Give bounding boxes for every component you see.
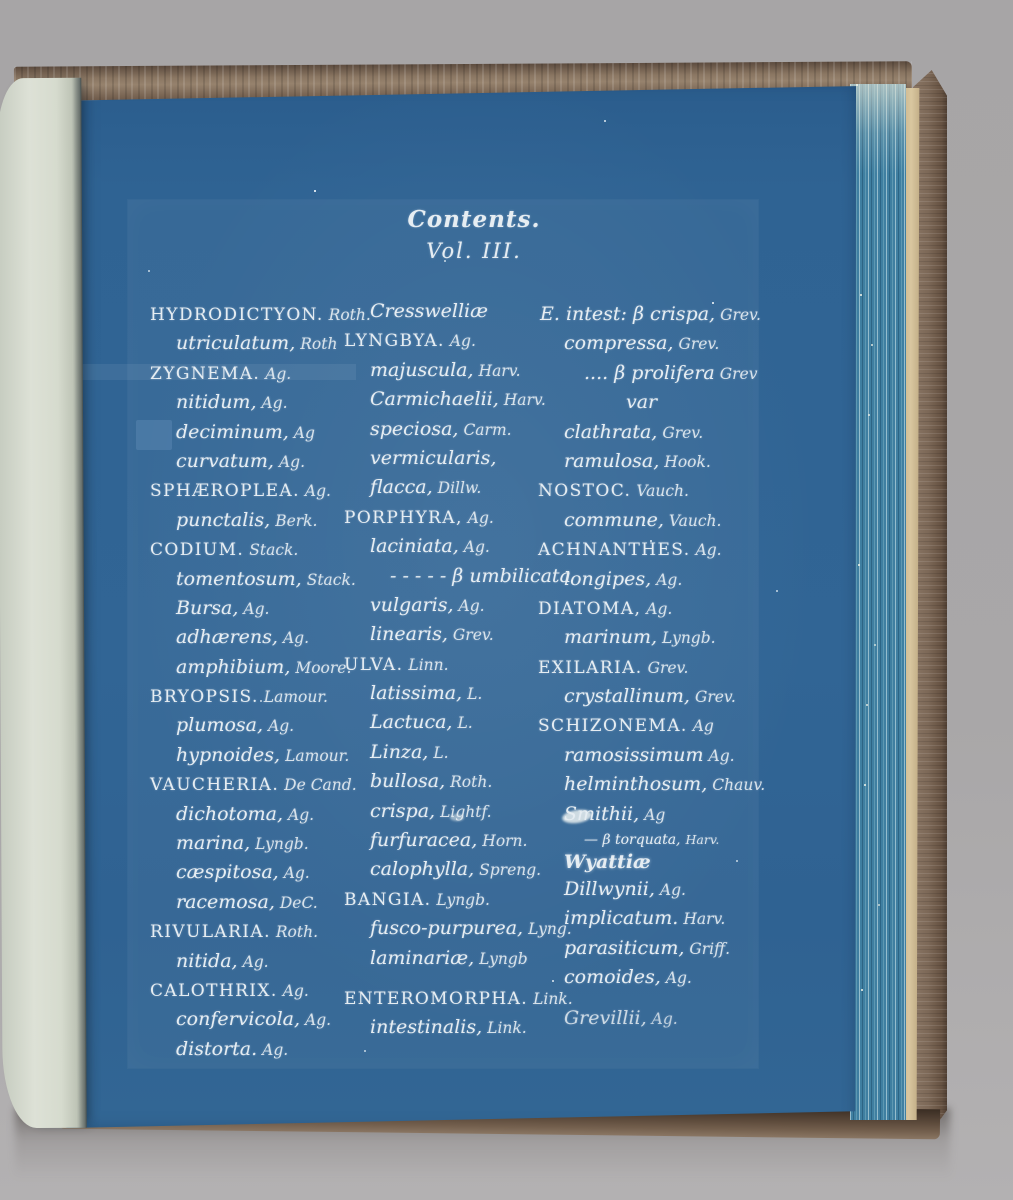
entry-name: implicatum. [564,907,678,929]
contents-entry: Bursa,Ag. [150,594,370,623]
contents-entry: ZYGNEMA.Ag. [150,359,370,388]
contents-entry: cæspitosa,Ag. [150,858,370,887]
contents-entry: confervicola,Ag. [150,1005,370,1034]
entry-name: var [626,391,657,413]
entry-name: BRYOPSIS. [150,687,259,707]
entry-authority: Lyngb. [436,891,490,909]
page-edge-stripes [850,84,906,1120]
entry-name: clathrata, [564,421,657,443]
entry-name: vulgaris, [370,594,454,616]
entry-name: E. intest: β crispa, [540,303,715,325]
contents-entry: nitidum,Ag. [150,388,370,417]
entry-name: CODIUM. [150,540,244,560]
contents-entry: implicatum.Harv. [538,904,806,933]
entry-authority: Lyngb. [255,835,309,853]
entry-name: crispa, [370,800,435,822]
contents-entry: helminthosum,Chauv. [538,770,806,799]
entry-name: tomentosum, [176,568,302,590]
entry-name: utriculatum, [176,332,295,354]
entry-name: curvatum, [176,450,274,472]
entry-name: vermicularis, [370,447,496,469]
entry-authority: L. [433,744,448,762]
entry-name: plumosa, [176,714,263,736]
contents-entry: Wyattiæ [538,852,806,875]
entry-name: PORPHYRA, [344,508,463,528]
entry-authority: Roth. [276,923,318,941]
entry-name: dichotoma, [176,803,283,825]
entry-name: nitida, [176,950,238,972]
entry-authority: Berk. [275,512,317,530]
entry-authority: Ag. [283,629,309,647]
entry-authority: Lyngb [479,950,528,968]
handwritten-text-layer: Contents. Vol. III. HYDRODICTYON.Roth.ut… [64,84,856,1128]
entry-name: nitidum, [176,391,256,413]
entry-name: — β torquata, [584,832,681,848]
contents-entry: hypnoides,Lamour. [150,741,370,770]
entry-authority: Linn. [408,656,448,674]
entry-name: hypnoides, [176,744,280,766]
entry-name: intestinalis, [370,1016,482,1038]
entry-authority: Grev [720,365,758,383]
contents-entry: parasiticum,Griff. [538,934,806,963]
entry-authority: Ag. [464,538,490,556]
entry-name: flacca, [370,476,433,498]
entry-authority: Ag. [666,969,692,987]
entry-name: laciniata, [370,535,459,557]
contents-entry: CALOTHRIX.Ag. [150,976,370,1005]
entry-authority: Ag. [279,453,305,471]
turned-page-left [0,78,87,1128]
contents-entry: commune,Vauch. [538,506,806,535]
contents-entry: SCHIZONEMA.Ag [538,711,806,740]
entry-authority: Stack. [249,541,298,559]
entry-name: deciminum, [176,421,289,443]
entry-authority: Grev. [453,626,494,644]
contents-column-1: HYDRODICTYON.Roth.utriculatum,RothZYGNEM… [150,300,370,1064]
page-title: Contents. [384,206,564,233]
entry-name: distorta. [176,1038,257,1060]
title-block: Contents. Vol. III. [384,206,564,263]
entry-name: latissima, [370,682,462,704]
contents-entry: Grevillii,Ag. [538,1004,806,1033]
entry-authority: Grev. [720,306,761,324]
entry-name: DIATOMA, [538,599,641,619]
entry-authority: Lamour. [264,688,328,706]
entry-authority: Lightf. [440,803,492,821]
entry-name: Lactuca, [370,711,452,733]
entry-authority: Harv. [479,362,521,380]
contents-entry: Smithii,Ag [538,800,806,829]
entry-authority: Ag. [696,541,722,559]
entry-authority: Roth. [450,773,492,791]
entry-name: LYNGBYA. [344,331,445,351]
entry-name: longipes, [564,568,651,590]
contents-entry: — β torquata,Harv. [538,829,806,852]
entry-name: RIVULARIA. [150,922,271,942]
entry-name: helminthosum, [564,773,707,795]
contents-entry: ramosissimumAg. [538,741,806,770]
contents-entry: nitida,Ag. [150,947,370,976]
entry-name: NOSTOC. [538,481,631,501]
entry-name: laminariæ, [370,947,474,969]
entry-authority: Ag. [652,1010,678,1028]
entry-authority: Ag. [656,571,682,589]
contents-entry: racemosa,DeC. [150,888,370,917]
entry-name: marinum, [564,626,657,648]
entry-authority: Lamour. [285,747,349,765]
entry-authority: Carm. [463,421,511,439]
entry-authority: Ag [693,717,714,735]
entry-authority: Grev. [678,335,719,353]
entry-authority: Spreng. [479,861,541,879]
entry-name: furfuracea, [370,829,477,851]
entry-authority: DeC. [280,894,318,912]
entry-name: CALOTHRIX. [150,981,278,1001]
entry-name: BANGIA. [344,890,431,910]
entry-name: Smithii, [564,803,639,825]
contents-entry: dichotoma,Ag. [150,800,370,829]
entry-authority: Ag. [709,747,735,765]
entry-authority: L. [457,714,472,732]
page-edge-top-fade [850,84,906,174]
entry-authority: Ag. [265,365,291,383]
entry-authority: Roth [300,335,337,353]
contents-entry: deciminum,Ag [150,418,370,447]
entry-authority: Dillw. [438,479,482,497]
entry-name: bullosa, [370,770,445,792]
contents-column-3: E. intest: β crispa,Grev.compressa,Grev.… [538,300,806,1033]
entry-authority: Vauch. [669,512,722,530]
entry-authority: Harv. [683,910,725,928]
entry-name: ACHNANTHES. [538,540,691,560]
page-edge-stack [850,84,906,1120]
entry-name: adhærens, [176,626,278,648]
entry-authority: Ag. [284,864,310,882]
entry-name: EXILARIA. [538,658,643,678]
entry-name: SCHIZONEMA. [538,716,688,736]
contents-entry: E. intest: β crispa,Grev. [538,300,806,329]
contents-entry: marina,Lyngb. [150,829,370,858]
contents-entry: ACHNANTHES.Ag. [538,535,806,564]
contents-entry: amphibium,Moore. [150,653,370,682]
entry-authority: Link. [487,1019,527,1037]
contents-entry: Dillwynii,Ag. [538,875,806,904]
entry-name: comoides, [564,966,661,988]
entry-name: Cresswelliæ [370,300,488,322]
entry-authority: Ag. [450,332,476,350]
contents-entry: crystallinum,Grev. [538,682,806,711]
entry-authority: Ag. [288,806,314,824]
entry-name: SPHÆROPLEA. [150,481,300,501]
entry-name: racemosa, [176,891,275,913]
entry-authority: Ag. [243,953,269,971]
entry-name: majuscula, [370,359,474,381]
entry-name: Linza, [370,741,428,763]
entry-authority: Ag [294,424,315,442]
entry-name: marina, [176,832,250,854]
entry-name: .... β prolifera [584,362,715,384]
entry-name: Carmichaelii, [370,388,499,410]
entry-name: linearis, [370,623,448,645]
contents-entry: NOSTOC.Vauch. [538,476,806,505]
entry-name: Grevillii, [564,1007,647,1029]
entry-name: parasiticum, [564,937,684,959]
entry-name: ZYGNEMA. [150,364,260,384]
entry-name: Bursa, [176,597,238,619]
contents-entry: EXILARIA.Grev. [538,653,806,682]
entry-authority: Horn. [482,832,527,850]
entry-name: crystallinum, [564,685,690,707]
entry-authority: Ag. [305,482,331,500]
contents-entry: longipes,Ag. [538,565,806,594]
contents-entry: .... β proliferaGrev [538,359,806,388]
contents-entry: comoides,Ag. [538,963,806,992]
entry-name: ULVA. [344,655,403,675]
contents-entry: BRYOPSIS.Lamour. [150,682,370,711]
entry-authority: Chauv. [712,776,765,794]
book-photograph: Contents. Vol. III. HYDRODICTYON.Roth.ut… [0,0,1013,1200]
entry-authority: Grev. [662,424,703,442]
contents-entry: compressa,Grev. [538,329,806,358]
entry-authority: Ag. [646,600,672,618]
entry-authority: Lyngb. [662,629,716,647]
entry-authority: Ag. [261,394,287,412]
contents-entry: var [538,388,806,417]
entry-authority: Vauch. [636,482,689,500]
contents-entry: utriculatum,Roth [150,329,370,358]
contents-entry: HYDRODICTYON.Roth. [150,300,370,329]
entry-authority: Ag [644,806,665,824]
entry-authority: Ag. [268,717,294,735]
entry-authority: Ag. [660,881,686,899]
entry-name: amphibium, [176,656,290,678]
entry-name: confervicola, [176,1008,300,1030]
entry-name: fusco-purpurea, [370,917,523,939]
contents-entry: distorta.Ag. [150,1035,370,1064]
entry-name: calophylla, [370,858,474,880]
volume-label: Vol. III. [384,239,564,263]
contents-entry: SPHÆROPLEA.Ag. [150,476,370,505]
contents-entry: clathrata,Grev. [538,418,806,447]
page-edge-flecks [856,84,858,86]
entry-name: HYDRODICTYON. [150,305,324,325]
entry-name: VAUCHERIA. [150,775,279,795]
contents-entry: DIATOMA,Ag. [538,594,806,623]
contents-entry: punctalis,Berk. [150,506,370,535]
entry-authority: Griff. [689,940,730,958]
cyanotype-page: Contents. Vol. III. HYDRODICTYON.Roth.ut… [64,84,856,1128]
entry-authority: Ag. [459,597,485,615]
contents-entry: tomentosum,Stack. [150,565,370,594]
contents-entry: plumosa,Ag. [150,711,370,740]
entry-authority: Harv. [686,832,720,847]
entry-name: Dillwynii, [564,878,655,900]
entry-authority: Grev. [648,659,689,677]
contents-entry: VAUCHERIA.De Cand. [150,770,370,799]
entry-authority: Ag. [262,1041,288,1059]
entry-name: ramosissimum [564,744,704,766]
entry-authority: Ag. [305,1011,331,1029]
entry-authority: Ag. [243,600,269,618]
entry-authority: Ag. [468,509,494,527]
entry-name: punctalis, [176,509,270,531]
entry-name: speciosa, [370,418,458,440]
entry-name: ENTEROMORPHA. [344,989,528,1009]
contents-entry: CODIUM.Stack. [150,535,370,564]
entry-authority: Hook. [664,453,711,471]
entry-name: Wyattiæ [564,851,651,873]
entry-name: ramulosa, [564,450,659,472]
contents-entry: curvatum,Ag. [150,447,370,476]
entry-authority: Moore. [295,659,351,677]
entry-authority: Grev. [695,688,736,706]
contents-entry: adhærens,Ag. [150,623,370,652]
entry-authority: Ag. [283,982,309,1000]
contents-entry: marinum,Lyngb. [538,623,806,652]
entry-name: commune, [564,509,664,531]
entry-name: compressa, [564,332,673,354]
contents-entry: RIVULARIA.Roth. [150,917,370,946]
contents-entry: ramulosa,Hook. [538,447,806,476]
entry-authority: L. [467,685,482,703]
entry-name: cæspitosa, [176,861,279,883]
